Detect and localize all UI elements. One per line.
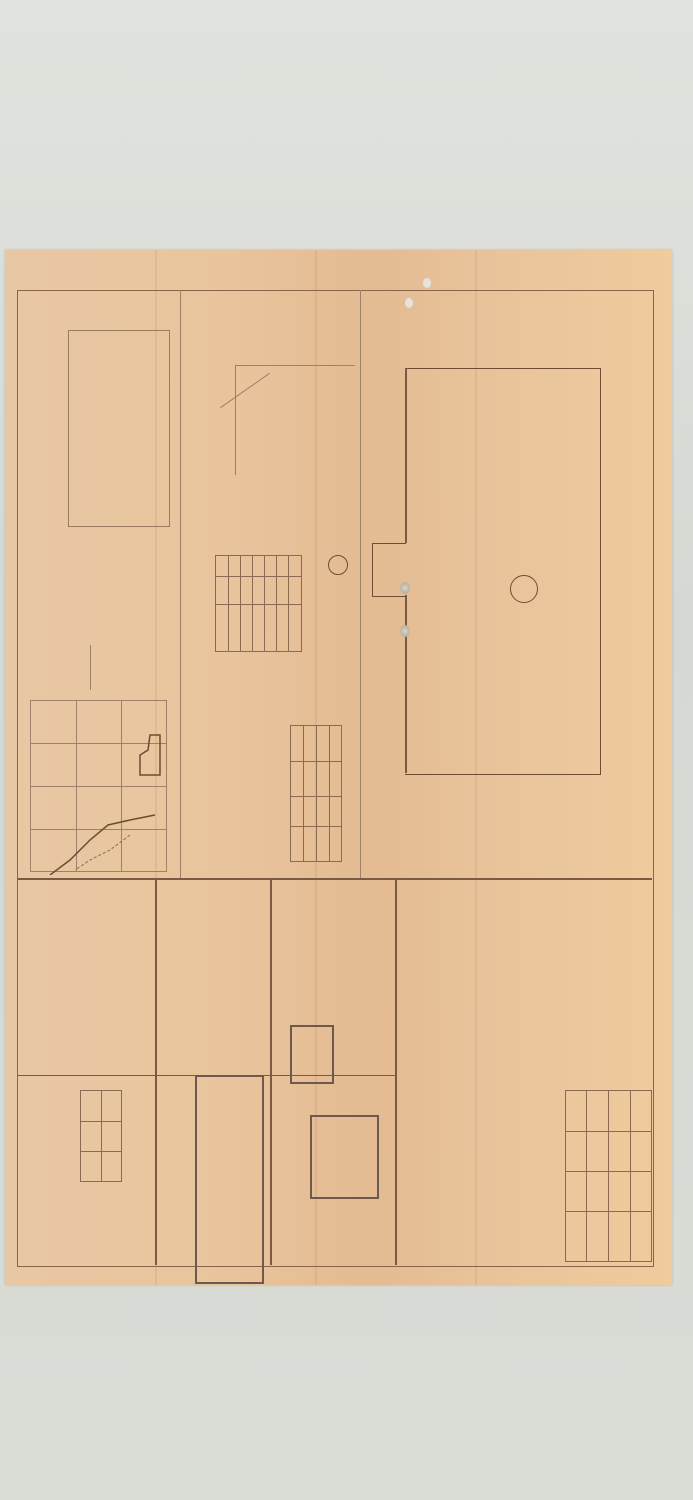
left-parcel-plan	[68, 330, 170, 527]
punch-hole	[423, 278, 431, 288]
coordinates-table	[215, 555, 302, 652]
river-path	[30, 700, 165, 875]
title-block-col-divider	[270, 878, 272, 1265]
pushpin	[400, 582, 410, 594]
approval-table	[80, 1090, 122, 1182]
parcel-boundary	[405, 368, 601, 775]
registry-stamp	[195, 1075, 264, 1284]
parcel-number-circle	[510, 575, 538, 603]
title-block-divider	[18, 878, 652, 880]
coordinate-point-circle	[328, 555, 348, 575]
pushpin	[400, 625, 410, 637]
title-block-col-divider	[395, 878, 397, 1265]
section-divider	[360, 290, 361, 878]
plan-number-table	[565, 1090, 652, 1262]
entry-stamp	[310, 1115, 379, 1199]
plano-stamp	[290, 1025, 334, 1084]
balance-table	[290, 725, 342, 862]
section-divider	[180, 290, 181, 878]
title-block-col-divider	[155, 878, 157, 1265]
north-arrow	[90, 645, 91, 690]
title-block-row-divider	[18, 1075, 155, 1076]
